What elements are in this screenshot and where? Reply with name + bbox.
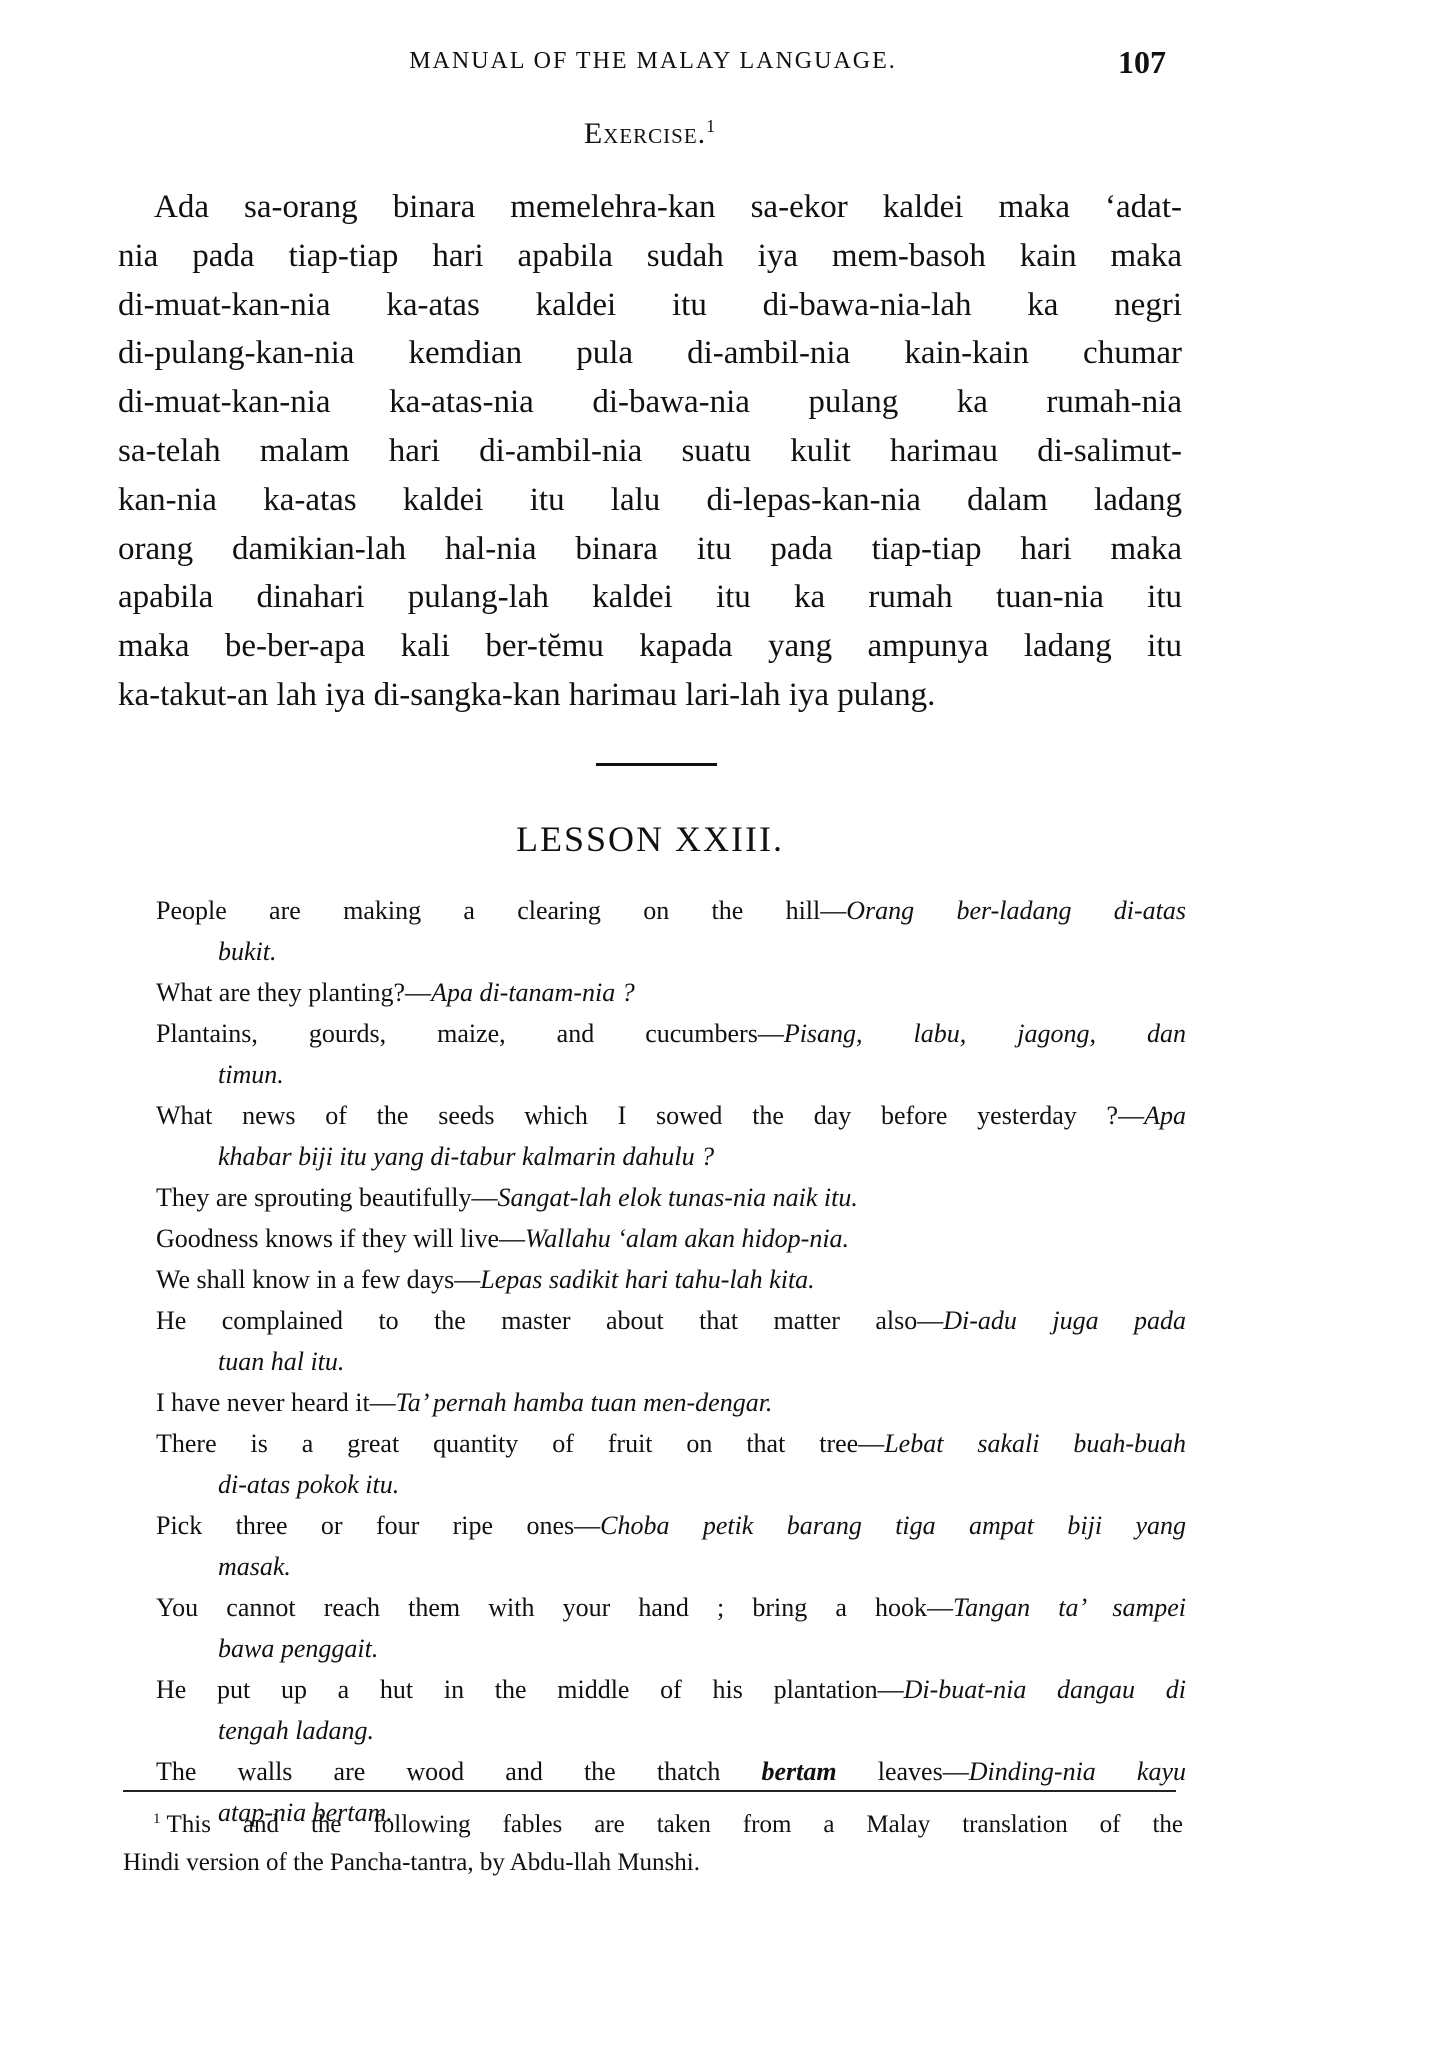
malay-translation: Di-buat-nia dangau di — [904, 1675, 1186, 1704]
malay-translation: Sangat-lah elok tunas-nia naik itu. — [498, 1183, 858, 1212]
malay-translation: khabar biji itu yang di-tabur kalmarin d… — [218, 1142, 714, 1171]
section-divider — [596, 763, 717, 766]
footnote-divider — [123, 1790, 1176, 1792]
exercise-heading: Exercise.1 — [118, 117, 1182, 151]
lesson-phrase-list: People are making a clearing on the hill… — [156, 890, 1186, 1833]
english-text: We shall know in a few days— — [156, 1265, 480, 1294]
malay-translation: Apa — [1144, 1101, 1186, 1130]
phrase-continuation: masak. — [156, 1546, 1186, 1587]
phrase-entry: Pick three or four ripe ones—Choba petik… — [156, 1505, 1186, 1546]
exercise-line: orang damikian-lah hal-nia binara itu pa… — [118, 525, 1182, 574]
english-text: I have never heard it— — [156, 1388, 396, 1417]
malay-translation: tengah ladang. — [218, 1716, 374, 1745]
english-text: He put up a hut in the middle of his pla… — [156, 1675, 904, 1704]
phrase-continuation: bawa penggait. — [156, 1628, 1186, 1669]
malay-translation: Di-adu juga pada — [943, 1306, 1186, 1335]
malay-translation: Apa di-tanam-nia ? — [431, 978, 635, 1007]
exercise-line: Ada sa-orang binara memelehra-kan sa-eko… — [118, 183, 1182, 232]
malay-translation: bukit. — [218, 937, 277, 966]
phrase-entry: Goodness knows if they will live—Wallahu… — [156, 1218, 1186, 1259]
exercise-line: apabila dinahari pulang-lah kaldei itu k… — [118, 573, 1182, 622]
footnote: 1This and the following fables are taken… — [123, 1806, 1183, 1882]
exercise-line: maka be-ber-apa kali ber-tĕmu kapada yan… — [118, 622, 1182, 671]
lesson-title: LESSON XXIII. — [118, 818, 1182, 860]
malay-translation: di-atas pokok itu. — [218, 1470, 399, 1499]
malay-translation: bawa penggait. — [218, 1634, 378, 1663]
phrase-entry: I have never heard it—Ta’ pernah hamba t… — [156, 1382, 1186, 1423]
phrase-entry: He put up a hut in the middle of his pla… — [156, 1669, 1186, 1710]
phrase-entry: He complained to the master about that m… — [156, 1300, 1186, 1341]
english-text: They are sprouting beautifully— — [156, 1183, 498, 1212]
english-text: leaves— — [837, 1757, 969, 1786]
exercise-line: di-muat-kan-nia ka-atas kaldei itu di-ba… — [118, 281, 1182, 330]
exercise-line: di-pulang-kan-nia kemdian pula di-ambil-… — [118, 329, 1182, 378]
english-text: Goodness knows if they will live— — [156, 1224, 525, 1253]
malay-translation: Wallahu ‘alam akan hidop-nia. — [525, 1224, 849, 1253]
phrase-entry: You cannot reach them with your hand ; b… — [156, 1587, 1186, 1628]
malay-translation: Choba petik barang tiga ampat biji yang — [600, 1511, 1186, 1540]
phrase-entry: There is a great quantity of fruit on th… — [156, 1423, 1186, 1464]
english-text: What are they planting?— — [156, 978, 431, 1007]
exercise-line: di-muat-kan-nia ka-atas-nia di-bawa-nia … — [118, 378, 1182, 427]
page-number: 107 — [1118, 44, 1166, 81]
exercise-paragraph: Ada sa-orang binara memelehra-kan sa-eko… — [118, 183, 1182, 720]
malay-translation: masak. — [218, 1552, 291, 1581]
phrase-entry: We shall know in a few days—Lepas sadiki… — [156, 1259, 1186, 1300]
phrase-entry: People are making a clearing on the hill… — [156, 890, 1186, 931]
phrase-continuation: tuan hal itu. — [156, 1341, 1186, 1382]
phrase-entry: Plantains, gourds, maize, and cucumbers—… — [156, 1013, 1186, 1054]
malay-translation: timun. — [218, 1060, 284, 1089]
malay-translation: tuan hal itu. — [218, 1347, 344, 1376]
phrase-entry: The walls are wood and the thatch bertam… — [156, 1751, 1186, 1792]
malay-translation: Lebat sakali buah-buah — [884, 1429, 1186, 1458]
phrase-continuation: bukit. — [156, 931, 1186, 972]
phrase-continuation: khabar biji itu yang di-tabur kalmarin d… — [156, 1136, 1186, 1177]
phrase-continuation: di-atas pokok itu. — [156, 1464, 1186, 1505]
english-text: What news of the seeds which I sowed the… — [156, 1101, 1144, 1130]
malay-translation: Tangan ta’ sampei — [953, 1593, 1186, 1622]
phrase-entry: What news of the seeds which I sowed the… — [156, 1095, 1186, 1136]
phrase-continuation: tengah ladang. — [156, 1710, 1186, 1751]
phrase-entry: What are they planting?—Apa di-tanam-nia… — [156, 972, 1186, 1013]
running-head: MANUAL OF THE MALAY LANGUAGE. 107 — [0, 48, 1454, 88]
english-text: Plantains, gourds, maize, and cucumbers— — [156, 1019, 784, 1048]
malay-translation: Dinding-nia kayu — [969, 1757, 1186, 1786]
malay-translation: Pisang, labu, jagong, dan — [784, 1019, 1186, 1048]
footnote-line: Hindi version of the Pancha-tantra, by A… — [123, 1844, 1183, 1882]
footnote-text: This and the following fables are taken … — [167, 1811, 1184, 1838]
malay-translation: Orang ber-ladang di-atas — [846, 896, 1186, 925]
english-text: You cannot reach them with your hand ; b… — [156, 1593, 953, 1622]
exercise-heading-text: Exercise. — [584, 117, 706, 150]
malay-translation: Lepas sadikit hari tahu-lah kita. — [480, 1265, 814, 1294]
english-text: There is a great quantity of fruit on th… — [156, 1429, 884, 1458]
english-text: He complained to the master about that m… — [156, 1306, 943, 1335]
running-title: MANUAL OF THE MALAY LANGUAGE. — [338, 48, 968, 75]
exercise-line: ka-takut-an lah iya di-sangka-kan harima… — [118, 671, 1182, 720]
footnote-line: 1This and the following fables are taken… — [123, 1806, 1183, 1844]
english-text: People are making a clearing on the hill… — [156, 896, 846, 925]
phrase-entry: They are sprouting beautifully—Sangat-la… — [156, 1177, 1186, 1218]
english-text: Pick three or four ripe ones— — [156, 1511, 600, 1540]
emphasized-term: bertam — [762, 1757, 837, 1786]
phrase-continuation: timun. — [156, 1054, 1186, 1095]
footnote-reference: 1 — [706, 116, 716, 136]
exercise-line: kan-nia ka-atas kaldei itu lalu di-lepas… — [118, 476, 1182, 525]
footnote-marker: 1 — [153, 1811, 161, 1827]
malay-translation: Ta’ pernah hamba tuan men-dengar. — [396, 1388, 773, 1417]
exercise-line: sa-telah malam hari di-ambil-nia suatu k… — [118, 427, 1182, 476]
exercise-line: nia pada tiap-tiap hari apabila sudah iy… — [118, 232, 1182, 281]
english-text: The walls are wood and the thatch — [156, 1757, 762, 1786]
